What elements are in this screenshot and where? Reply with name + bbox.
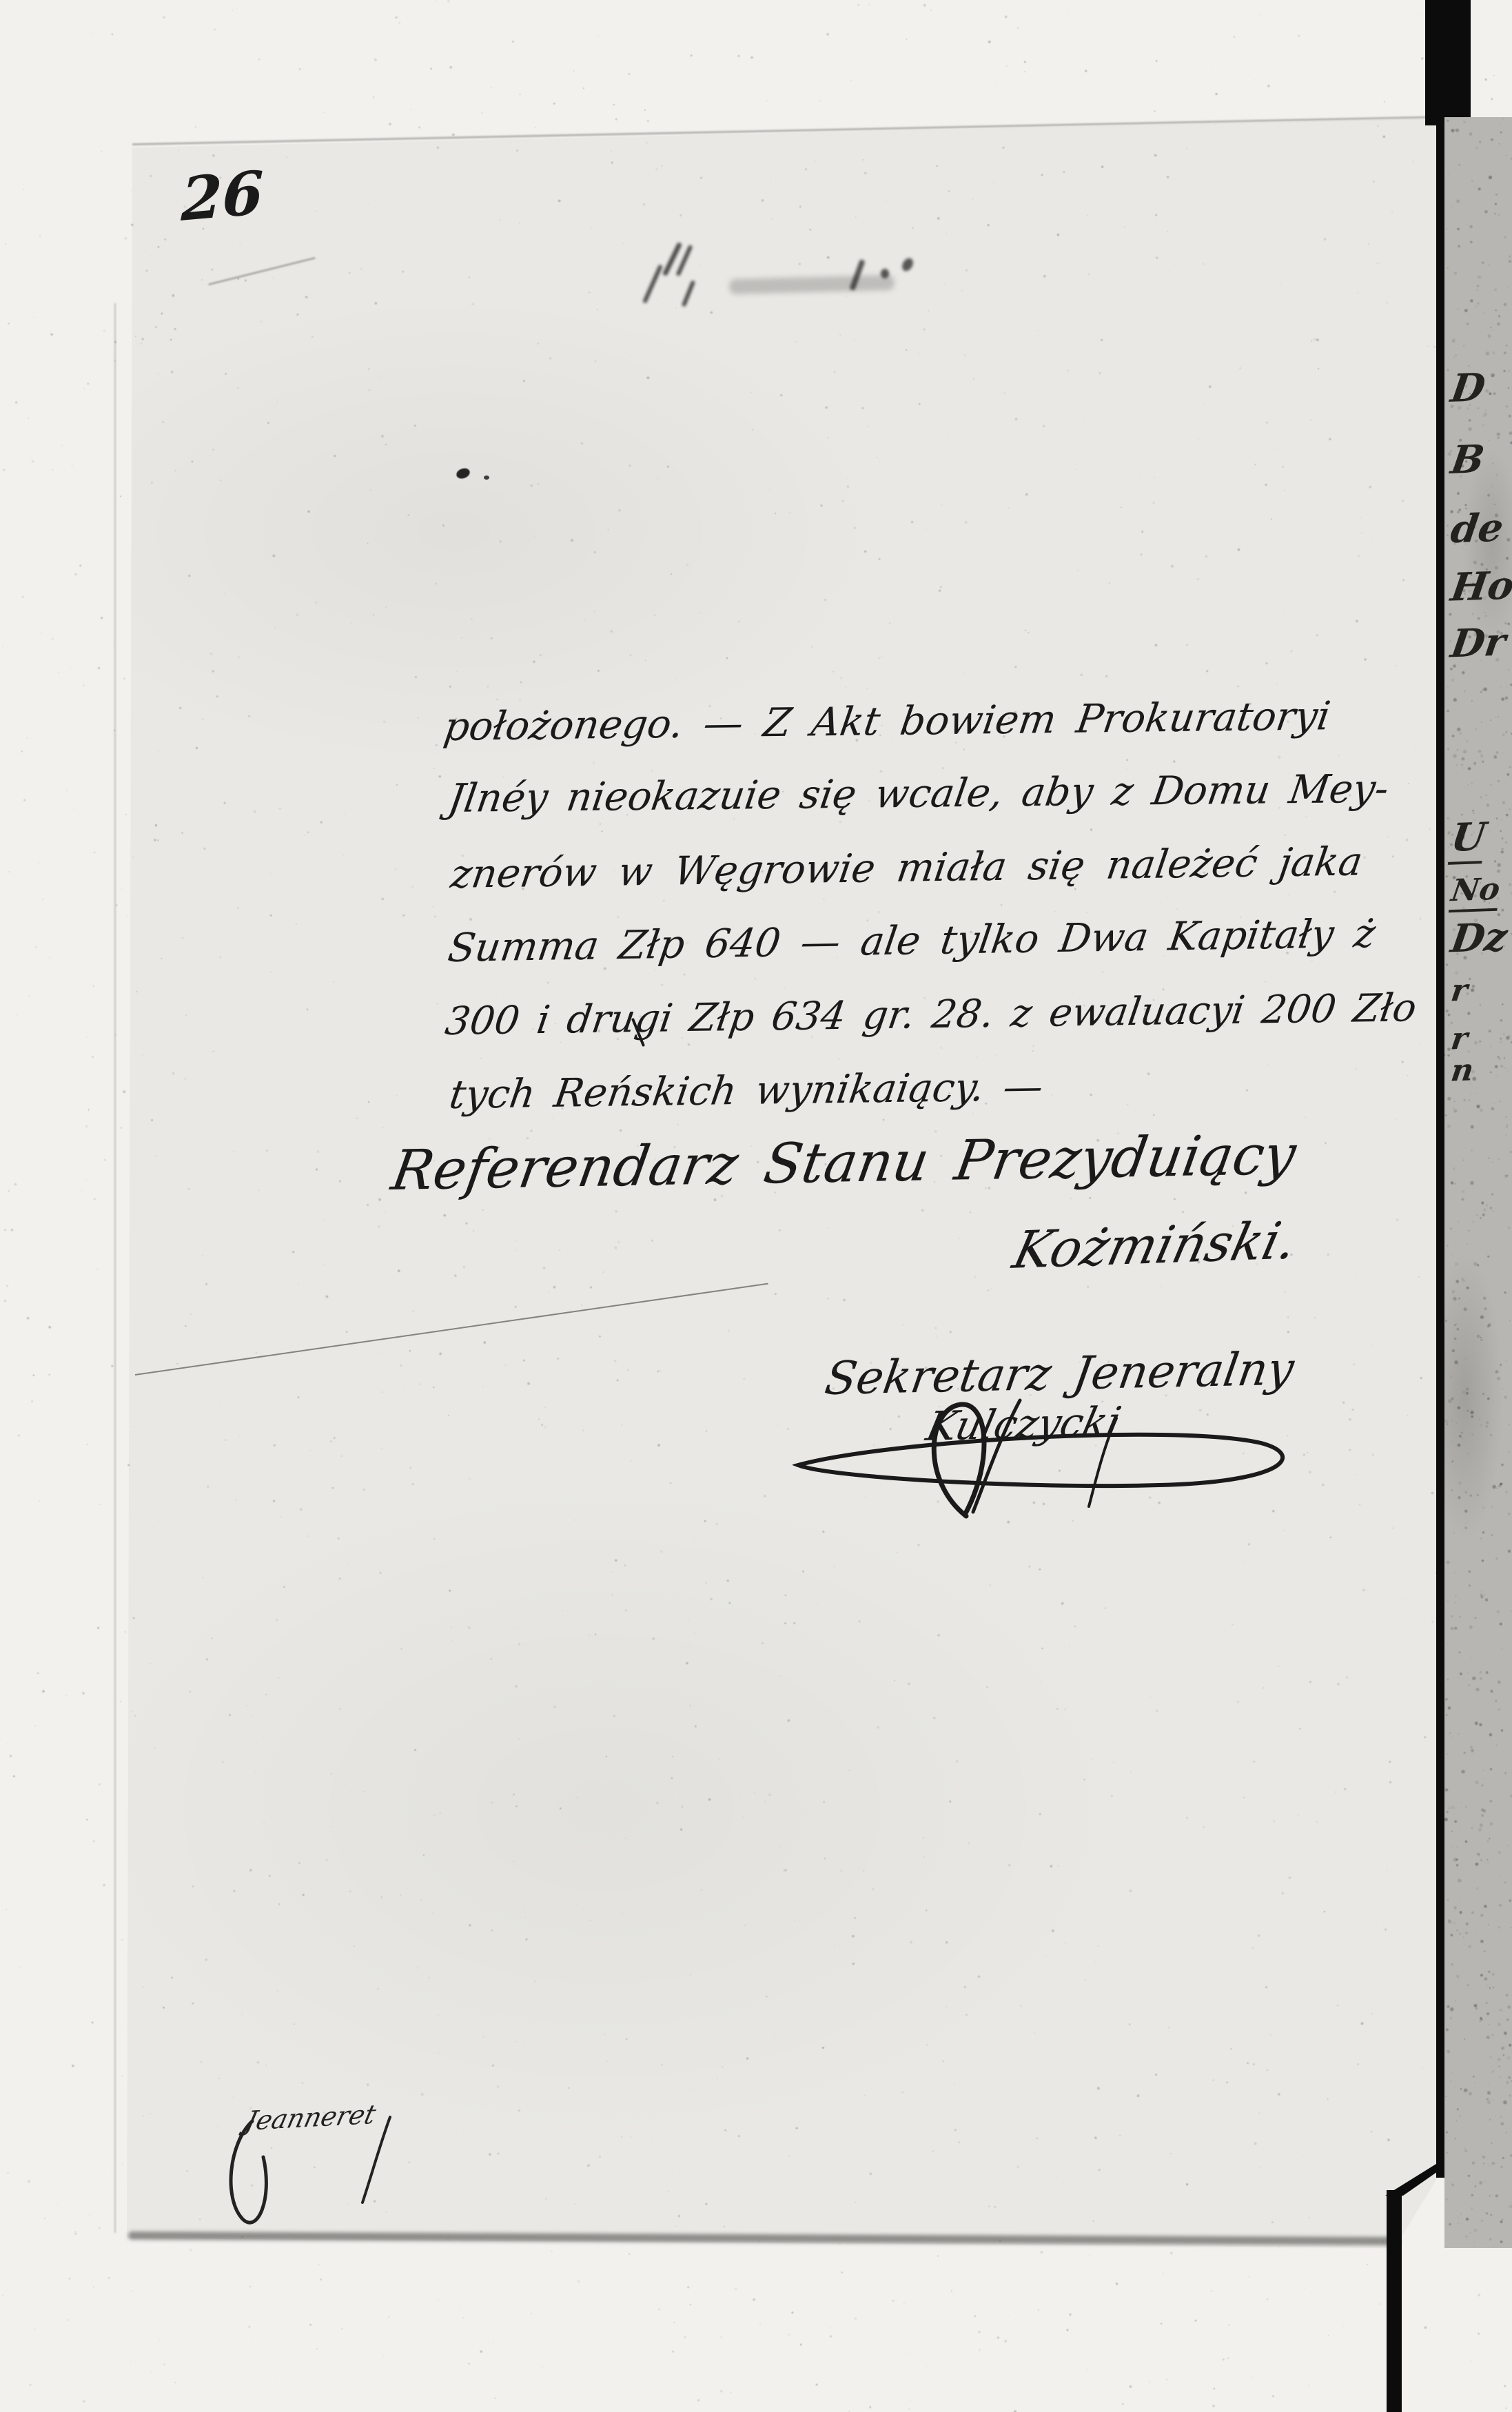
scanned-archival-document: { "page": { "page_number": "26" }, "manu… <box>0 0 1512 2412</box>
paper-grain-overlay <box>0 0 1512 2412</box>
